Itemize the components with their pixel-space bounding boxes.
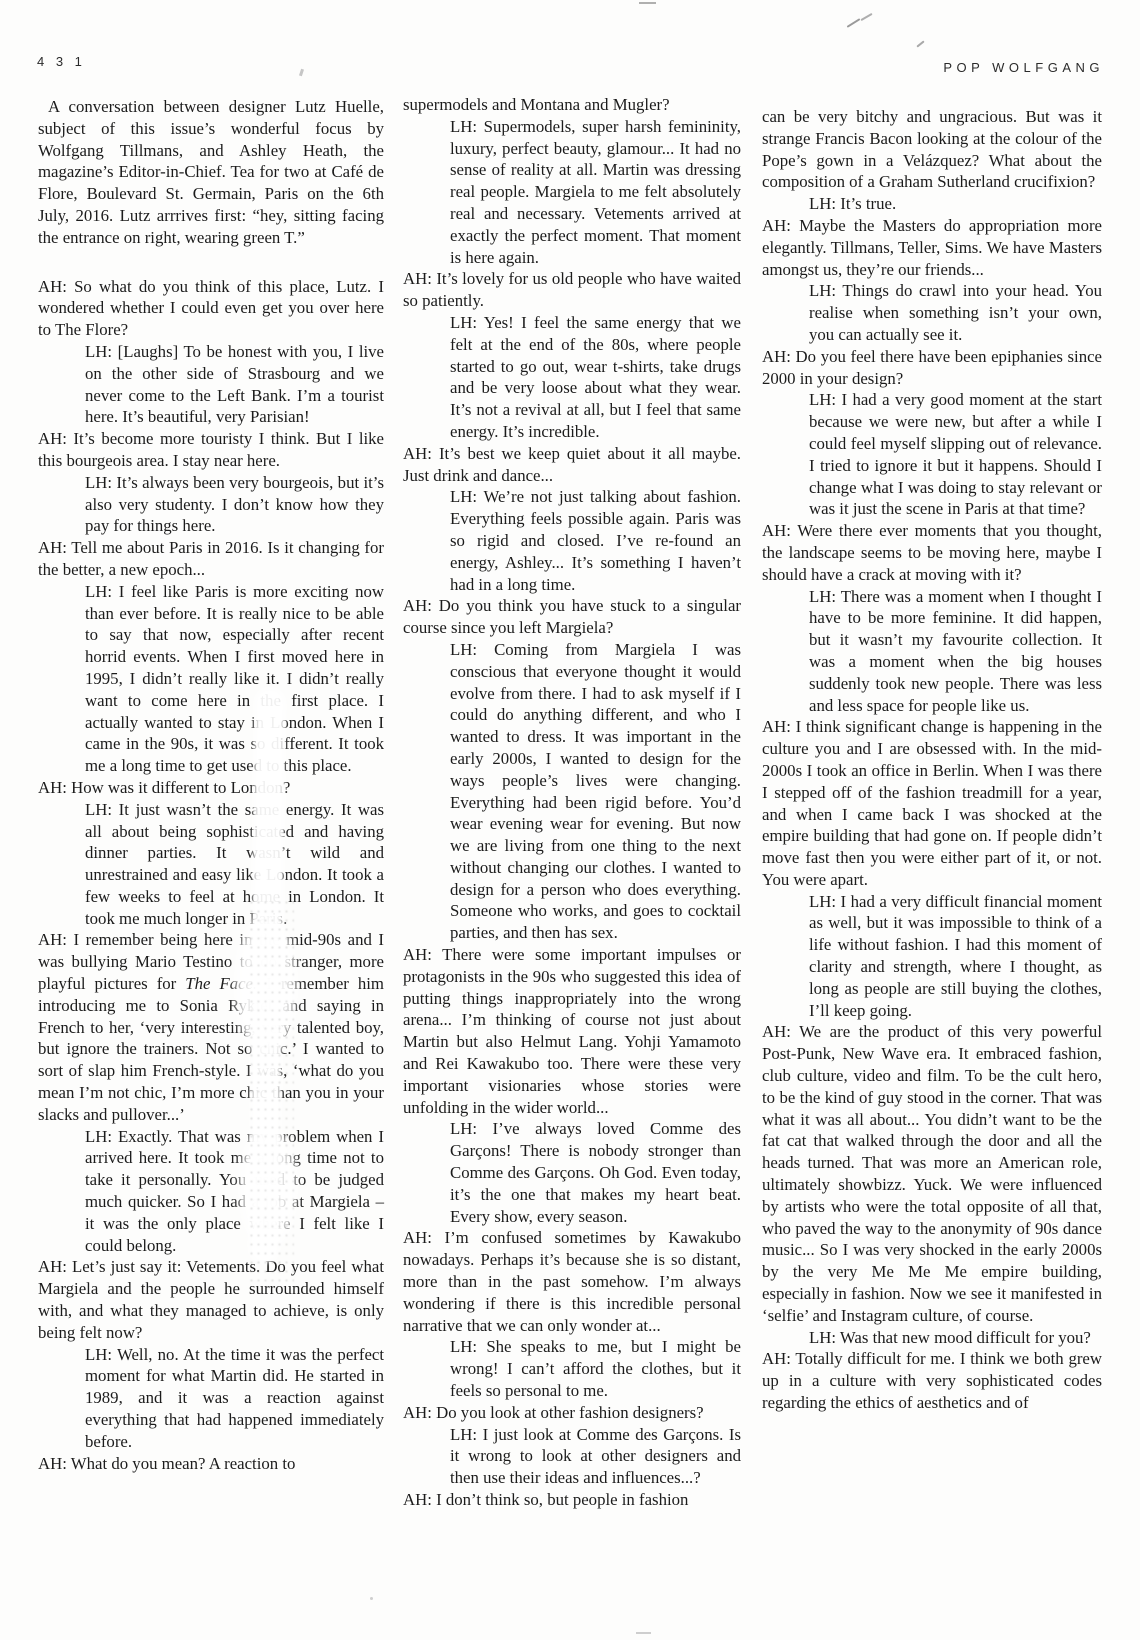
dialogue-paragraph: AH: I think significant change is happen… — [762, 716, 1102, 890]
column-3: can be very bitchy and ungracious. But w… — [762, 106, 1102, 1414]
dialogue-paragraph: AH: Were there ever moments that you tho… — [762, 520, 1102, 585]
dialogue-paragraph: LH: [Laughs] To be honest with you, I li… — [85, 341, 384, 428]
dialogue-paragraph: AH: I don’t think so, but people in fash… — [403, 1489, 741, 1511]
dialogue-paragraph: AH: I remember being here in the mid-90s… — [38, 929, 384, 1125]
dialogue-paragraph: AH: Tell me about Paris in 2016. Is it c… — [38, 537, 384, 581]
dialogue-paragraph: AH: I’m confused sometimes by Kawakubo n… — [403, 1227, 741, 1336]
dialogue-paragraph: AH: It’s become more touristy I think. B… — [38, 428, 384, 472]
dialogue-paragraph: LH: We’re not just talking about fashion… — [450, 486, 741, 595]
column-2: supermodels and Montana and Mugler?LH: S… — [403, 94, 741, 1511]
dialogue-paragraph: can be very bitchy and ungracious. But w… — [762, 106, 1102, 193]
column-1: A conversation between designer Lutz Hue… — [38, 96, 384, 1474]
dialogue-paragraph: LH: Yes! I feel the same energy that we … — [450, 312, 741, 443]
dialogue-paragraph: AH: There were some important impulses o… — [403, 944, 741, 1118]
scan-speck — [299, 69, 304, 77]
page-number: 4 3 1 — [37, 54, 86, 69]
dialogue-paragraph: AH: Do you think you have stuck to a sin… — [403, 595, 741, 639]
dialogue-paragraph: supermodels and Montana and Mugler? — [403, 94, 741, 116]
dialogue-paragraph: LH: Supermodels, super harsh femininity,… — [450, 116, 741, 269]
dialogue-paragraph: LH: It just wasn’t the same energy. It w… — [85, 799, 384, 930]
dialogue-paragraph: LH: I just look at Comme des Garçons. Is… — [450, 1424, 741, 1489]
dialogue-paragraph: LH: Well, no. At the time it was the per… — [85, 1344, 384, 1453]
magazine-header: POP WOLFGANG — [943, 60, 1104, 75]
dialogue-paragraph: AH: Do you look at other fashion designe… — [403, 1402, 741, 1424]
dialogue-paragraph: LH: Exactly. That was my problem when I … — [85, 1126, 384, 1257]
dialogue-paragraph: LH: I had a very good moment at the star… — [809, 389, 1102, 520]
dialogue-paragraph: LH: I’ve always loved Comme des Garçons!… — [450, 1118, 741, 1227]
scan-edge-mark — [639, 2, 656, 4]
scan-speck — [370, 1597, 373, 1600]
dialogue-paragraph: LH: She speaks to me, but I might be wro… — [450, 1336, 741, 1401]
dialogue-paragraph: AH: How was it different to London? — [38, 777, 384, 799]
dialogue-paragraph: LH: Was that new mood difficult for you? — [809, 1327, 1102, 1349]
dialogue-paragraph: LH: Things do crawl into your head. You … — [809, 280, 1102, 345]
dialogue-paragraph: AH: It’s lovely for us old people who ha… — [403, 268, 741, 312]
pen-mark — [860, 13, 872, 21]
dialogue-paragraph: AH: We are the product of this very powe… — [762, 1021, 1102, 1326]
dialogue-paragraph: AH: Totally difficult for me. I think we… — [762, 1348, 1102, 1413]
intro-paragraph: A conversation between designer Lutz Hue… — [38, 96, 384, 249]
pen-mark — [916, 40, 924, 47]
dialogue-paragraph: LH: I had a very difficult financial mom… — [809, 891, 1102, 1022]
dialogue-paragraph: LH: Coming from Margiela I was conscious… — [450, 639, 741, 944]
dialogue-paragraph: AH: Maybe the Masters do appropriation m… — [762, 215, 1102, 280]
dialogue-paragraph: AH: It’s best we keep quiet about it all… — [403, 443, 741, 487]
pen-mark — [847, 18, 861, 28]
dialogue-paragraph: AH: Let’s just say it: Vetements. Do you… — [38, 1256, 384, 1343]
dialogue-paragraph: LH: It’s true. — [809, 193, 1102, 215]
dialogue-paragraph: LH: I feel like Paris is more exciting n… — [85, 581, 384, 777]
scan-edge-mark — [636, 1632, 651, 1634]
dialogue-paragraph: LH: There was a moment when I thought I … — [809, 586, 1102, 717]
dialogue-paragraph: LH: It’s always been very bourgeois, but… — [85, 472, 384, 537]
dialogue-paragraph: AH: So what do you think of this place, … — [38, 276, 384, 341]
dialogue-paragraph: AH: What do you mean? A reaction to — [38, 1453, 384, 1475]
dialogue-paragraph: AH: Do you feel there have been epiphani… — [762, 346, 1102, 390]
